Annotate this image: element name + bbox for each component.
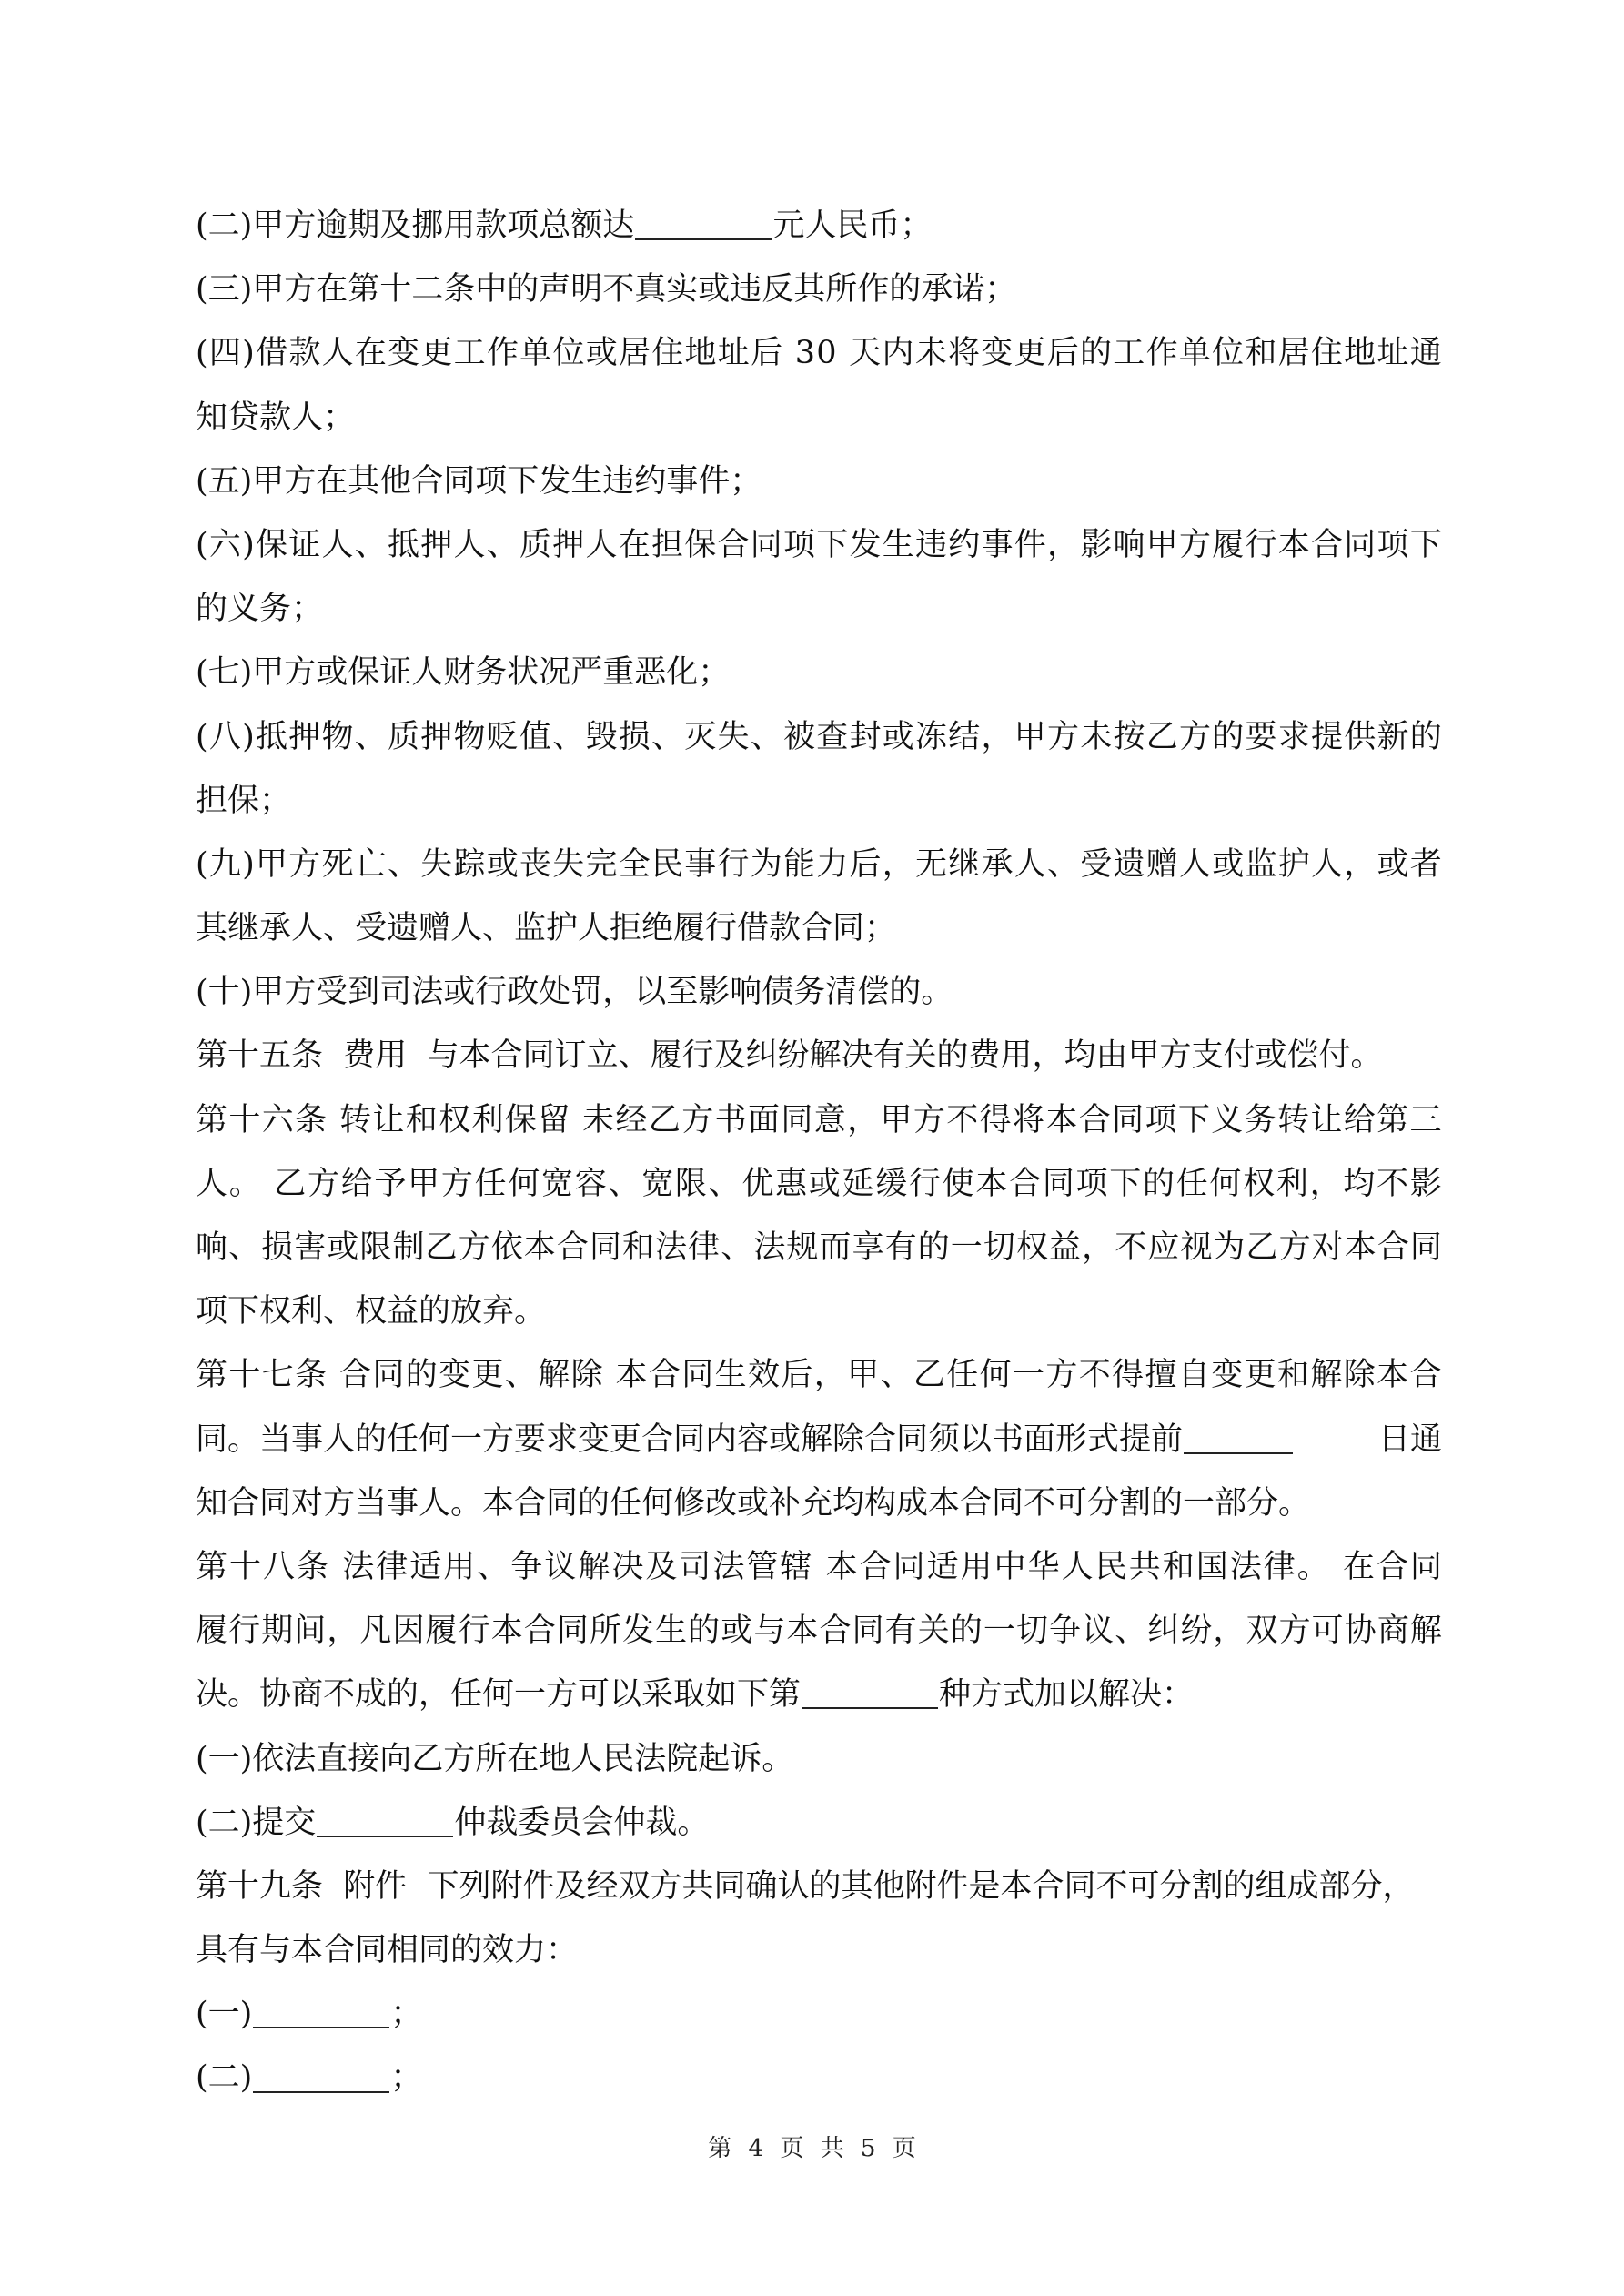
text-char: 十 [228, 1088, 260, 1152]
text-char: 或 [1212, 833, 1244, 896]
text-char: 履 [426, 1599, 458, 1663]
text-char: 予 [374, 1152, 406, 1216]
text-char: 本 [1377, 1343, 1408, 1407]
text-char: 发 [850, 513, 882, 577]
text-char: 除 [571, 1343, 603, 1407]
text-line: 第十九条 附件 下列附件及经双方共同确认的其他附件是本合同不可分割的组成部分， [196, 1855, 1442, 1918]
text-char: 为 [751, 833, 782, 896]
text-char: 方 [288, 833, 320, 896]
text-char [783, 321, 793, 385]
text-char: 损 [261, 1216, 293, 1279]
text-char: 将 [948, 321, 980, 385]
text-char: 法 [1230, 1535, 1262, 1599]
text-char: 合 [718, 513, 750, 577]
text-char: 影 [1080, 513, 1112, 577]
text-char: 方 [1047, 705, 1079, 769]
text-char: 后 [781, 1343, 812, 1407]
text-char: 和 [406, 1088, 438, 1152]
text-char: 方 [441, 1152, 473, 1216]
text-char: 提 [1311, 705, 1343, 769]
text-char: 能 [783, 833, 815, 896]
text-char: 用 [961, 1535, 993, 1599]
text-char: 合 [1079, 1088, 1111, 1152]
text-char: 双 [1246, 1599, 1278, 1663]
text-char: ， [327, 1599, 358, 1663]
text-char: 转 [1277, 1088, 1309, 1152]
text-char: 人 [1179, 833, 1211, 896]
text-char: 的 [951, 1599, 983, 1663]
text-char: 除 [1344, 1343, 1376, 1407]
page-footer: 第 4 页 共 5 页 [0, 2129, 1624, 2163]
text-segment: ； [390, 2046, 422, 2109]
text-char: 后 [850, 833, 882, 896]
text-char: 三 [1410, 1088, 1442, 1152]
text-line: 履行期间，凡因履行本合同所发生的或与本合同有关的一切争议、纠纷，双方可协商解 [196, 1599, 1442, 1663]
text-char: 解 [1310, 1343, 1342, 1407]
text-char: 质 [519, 513, 551, 577]
text-char: 条 [295, 1343, 327, 1407]
text-char: 利 [1276, 1152, 1308, 1216]
text-char: 合 [649, 1343, 681, 1407]
text-char: 得 [1112, 1343, 1144, 1407]
text-line: 担保； [196, 769, 1442, 833]
text-char: 合 [1410, 1343, 1442, 1407]
text-char: 值 [519, 705, 551, 769]
text-char: 十 [229, 1535, 261, 1599]
text-char: 乙 [274, 1152, 306, 1216]
text-char: ， [1047, 513, 1079, 577]
text-char: 力 [816, 833, 848, 896]
text-char: ， [814, 1343, 846, 1407]
text-segment: 第十五条 费用 与本合同订立、履行及纠纷解决有关的费用，均由甲方支付或偿付。 [196, 1024, 1383, 1087]
text-char: 方 [1179, 705, 1211, 769]
text-char: 同 [893, 1535, 925, 1599]
text-char: 将 [1013, 1088, 1044, 1152]
text-char: 因 [392, 1599, 424, 1663]
text-char: 七 [262, 1343, 294, 1407]
text-char: 条 [295, 1088, 327, 1152]
text-char: 项 [783, 513, 815, 577]
text-char: 宽 [541, 1152, 573, 1216]
text-char: ( [196, 321, 208, 385]
text-char: ( [196, 705, 208, 769]
text-char: 留 [538, 1088, 570, 1152]
text-char: 、 [505, 1343, 537, 1407]
text-char: 生 [655, 1599, 687, 1663]
text-char: 解 [1410, 1599, 1442, 1663]
text-char: 。 [229, 1152, 261, 1216]
text-char: 同 [1112, 1088, 1144, 1152]
text-char: 义 [1211, 1088, 1243, 1152]
text-line: (二)提交仲裁委员会仲裁。 [196, 1791, 1442, 1855]
text-char: 居 [1278, 321, 1310, 385]
text-char: 赠 [1146, 833, 1178, 896]
text-char: 和 [1277, 1343, 1309, 1407]
text-char: 方 [681, 1088, 713, 1152]
text-char: 可 [1312, 1599, 1344, 1663]
text-char: 押 [420, 513, 452, 577]
text-char: 地 [685, 321, 717, 385]
text-char: 第 [196, 1343, 227, 1407]
text-char: 同 [1410, 1535, 1442, 1599]
text-segment: (五)甲方在其他合同项下发生违约事件； [196, 450, 762, 513]
text-char: 被 [783, 705, 815, 769]
document-body: (二)甲方逾期及挪用款项总额达元人民币；(三)甲方在第十二条中的声明不真实或违反… [196, 194, 1442, 2110]
text-line: 其继承人、受遗赠人、监护人拒绝履行借款合同； [196, 896, 1442, 960]
text-char: 。 [1297, 1535, 1329, 1599]
text-line: (二)甲方逾期及挪用款项总额达元人民币； [196, 194, 1442, 258]
text-char: 同 [852, 1599, 884, 1663]
text-line: (五)甲方在其他合同项下发生违约事件； [196, 450, 1442, 513]
text-char: 、 [355, 705, 387, 769]
text-char: 抵 [388, 513, 419, 577]
text-char: 址 [718, 321, 750, 385]
text-char: 任 [1176, 1152, 1208, 1216]
text-char: 权 [1016, 1216, 1048, 1279]
text-char: 借 [256, 321, 287, 385]
text-segment: 具有与本合同相同的效力： [196, 1918, 578, 1982]
text-char: 容 [575, 1152, 607, 1216]
text-char [838, 321, 848, 385]
text-char: 权 [1243, 1152, 1275, 1216]
text-char: 下 [1178, 1088, 1210, 1152]
text-char: 生 [883, 513, 914, 577]
text-char: 适 [409, 1535, 441, 1599]
text-char: 同 [1043, 1152, 1074, 1216]
text-char: 工 [1113, 321, 1145, 385]
text-char: 监 [1246, 833, 1277, 896]
text-char: 供 [1344, 705, 1376, 769]
text-char: 何 [508, 1152, 540, 1216]
text-char: 亡 [355, 833, 387, 896]
text-char: 本 [524, 1216, 556, 1279]
text-segment: 的义务； [196, 577, 323, 641]
text-segment: 第十九条 附件 下列附件及经双方共同确认的其他附件是本合同不可分割的组成部分， [196, 1855, 1415, 1918]
text-char: 要 [1246, 705, 1277, 769]
text-char: 协 [1345, 1599, 1377, 1663]
text-char: 律 [1264, 1535, 1296, 1599]
text-char: 第 [196, 1535, 227, 1599]
text-line: (一)； [196, 1982, 1442, 2046]
text-char: 害 [294, 1216, 326, 1279]
fill-in-blank [253, 2064, 389, 2093]
text-line: (九)甲方死亡、失踪或丧失完全民事行为能力后，无继承人、受遗赠人或监护人，或者 [196, 833, 1442, 896]
fill-in-blank [253, 1999, 389, 2028]
text-char: 纷 [1180, 1599, 1212, 1663]
text-char: 人 [322, 321, 354, 385]
text-char: 限 [359, 1216, 391, 1279]
text-segment: 同。当事人的任何一方要求变更合同内容或解除合同须以书面形式提前 [196, 1408, 1183, 1472]
text-char: 位 [552, 321, 584, 385]
text-char: 甲 [256, 833, 287, 896]
text-char: 、 [608, 1152, 640, 1216]
text-char: 违 [915, 513, 947, 577]
text-char: 方 [308, 1152, 339, 1216]
text-char: 的 [918, 1216, 950, 1279]
text-char: 或 [586, 321, 618, 385]
fill-in-blank [802, 1680, 938, 1709]
text-segment: (二) [196, 2046, 252, 2109]
text-char: 踪 [454, 833, 486, 896]
text-char: 毁 [586, 705, 618, 769]
text-char: 乙 [1246, 1216, 1278, 1279]
text-char: 物 [322, 705, 354, 769]
text-char: 天 [849, 321, 881, 385]
text-line: 具有与本合同相同的效力： [196, 1918, 1442, 1982]
text-char [328, 1088, 338, 1152]
text-char: 人 [1014, 833, 1046, 896]
text-char: 、 [721, 1216, 752, 1279]
text-line: (四)借款人在变更工作单位或居住地址后 30 天内未将变更后的工作单位和居住地址… [196, 321, 1442, 385]
text-char: 本 [975, 1152, 1007, 1216]
text-char: 益 [1049, 1216, 1081, 1279]
text-char: 灭 [684, 705, 716, 769]
text-segment: (十)甲方受到司法或行政处罚，以至影响债务清偿的。 [196, 960, 953, 1024]
text-char: 下 [1109, 1152, 1141, 1216]
text-char: 本 [1345, 1216, 1377, 1279]
text-char: 、 [228, 1216, 260, 1279]
text-char: 经 [616, 1088, 648, 1152]
text-char: 和 [1245, 321, 1276, 385]
text-char: 乙 [913, 1343, 945, 1407]
text-segment: (二)提交 [196, 1791, 316, 1855]
fill-in-blank [635, 211, 772, 240]
text-char: 利 [472, 1088, 504, 1152]
text-char: 第 [1377, 1088, 1408, 1152]
text-char: 本 [1278, 513, 1310, 577]
text-char: 后 [751, 321, 782, 385]
text-segment: (一)依法直接向乙方所在地人民法院起诉。 [196, 1727, 793, 1791]
text-char: 自 [1178, 1343, 1210, 1407]
text-char: 法 [712, 1535, 744, 1599]
text-char: 通 [1410, 321, 1442, 385]
text-char: ， [847, 1088, 879, 1152]
text-char: 受 [1080, 833, 1112, 896]
text-segment: 种方式加以解决： [939, 1663, 1194, 1726]
text-char: 转 [339, 1088, 371, 1152]
text-line: 同。当事人的任何一方要求变更合同内容或解除合同须以书面形式提前日通 [196, 1408, 1442, 1472]
text-char: 或 [1377, 833, 1409, 896]
text-char: 物 [454, 705, 486, 769]
text-line: 响、损害或限制乙方依本合同和法律、法规而享有的一切权益，不应视为乙方对本合同 [196, 1216, 1442, 1279]
text-segment: (一) [196, 1982, 252, 2046]
text-char: 0 [816, 321, 836, 385]
text-char: 、 [355, 513, 387, 577]
text-char: 切 [1016, 1599, 1048, 1663]
text-char: 的 [1212, 705, 1244, 769]
text-char: 人 [1311, 833, 1343, 896]
text-char: 用 [443, 1535, 475, 1599]
text-char: 者 [1410, 833, 1442, 896]
text-char: 地 [1344, 321, 1376, 385]
text-line: (三)甲方在第十二条中的声明不真实或违反其所作的承诺； [196, 258, 1442, 321]
text-char: 结 [948, 705, 980, 769]
text-char: 事 [982, 513, 1014, 577]
text-char: 死 [322, 833, 354, 896]
text-char: 、 [709, 1152, 741, 1216]
text-char: 甲 [1014, 705, 1046, 769]
text-char: 本 [826, 1535, 858, 1599]
text-char: 履 [1212, 513, 1244, 577]
text-char: 同 [557, 1599, 589, 1663]
text-char: 方 [1279, 1216, 1311, 1279]
text-char: 延 [842, 1152, 874, 1216]
text-char: 单 [519, 321, 551, 385]
text-char: 下 [816, 513, 848, 577]
text-char: 发 [622, 1599, 654, 1663]
text-line: 决。协商不成的，任何一方可以采取如下第种方式加以解决： [196, 1663, 1442, 1726]
text-char: 任 [475, 1152, 507, 1216]
text-segment: ； [390, 1982, 422, 2046]
text-char: 担 [651, 513, 683, 577]
text-char: 、 [1047, 833, 1079, 896]
text-char: 全 [619, 833, 651, 896]
text-char: 下 [1410, 513, 1442, 577]
text-line: (六)保证人、抵押人、质押人在担保合同项下发生违约事件，影响甲方履行本合同项下 [196, 513, 1442, 577]
fill-in-blank [1184, 1425, 1293, 1454]
text-char: 人 [1062, 1535, 1094, 1599]
text-line: (二)； [196, 2046, 1442, 2109]
text-char: 议 [544, 1535, 576, 1599]
text-char: 民 [651, 833, 683, 896]
text-char: 遗 [1114, 833, 1145, 896]
text-char: 3 [795, 321, 815, 385]
text-char: 给 [1344, 1088, 1376, 1152]
text-char: ) [242, 321, 255, 385]
text-char: 八 [263, 1535, 295, 1599]
text-char: 承 [982, 833, 1014, 896]
text-char: 保 [684, 513, 716, 577]
text-char: 擅 [1145, 1343, 1177, 1407]
text-char: 变 [439, 1343, 470, 1407]
text-char: 法 [753, 1216, 785, 1279]
text-char: ， [883, 833, 914, 896]
text-char: 让 [372, 1088, 404, 1152]
text-char: 争 [510, 1535, 542, 1599]
text-segment: 其继承人、受遗赠人、监护人拒绝履行借款合同； [196, 896, 896, 960]
text-segment: 担保； [196, 769, 291, 833]
text-segment: 知合同对方当事人。本合同的任何修改或补充均构成本合同不可分割的一部分。 [196, 1472, 1310, 1535]
text-segment: 决。协商不成的，任何一方可以采取如下第 [196, 1663, 801, 1726]
text-char: 享 [852, 1216, 884, 1279]
text-line: 第十五条 费用 与本合同订立、履行及纠纷解决有关的费用，均由甲方支付或偿付。 [196, 1024, 1442, 1087]
text-char: 行 [1246, 513, 1277, 577]
text-char: 共 [1129, 1535, 1161, 1599]
text-char: 合 [1311, 513, 1343, 577]
text-char: 同 [751, 513, 782, 577]
text-char: 甲 [847, 1343, 879, 1407]
text-line: (八)抵押物、质押物贬值、毁损、灭失、被查封或冻结，甲方未按乙方的要求提供新的 [196, 705, 1442, 769]
text-char: 完 [586, 833, 618, 896]
text-char: 一 [951, 1216, 983, 1279]
text-char: 同 [1410, 1216, 1442, 1279]
text-char: 人 [586, 513, 618, 577]
text-char: 同 [781, 1088, 812, 1152]
text-char: 乙 [649, 1088, 681, 1152]
text-char: 优 [741, 1152, 773, 1216]
text-char: 行 [718, 833, 750, 896]
text-char: 凡 [359, 1599, 391, 1663]
text-char: 期 [261, 1599, 293, 1663]
text-line: 第十六条 转让和权利保留 未经乙方书面同意，甲方不得将本合同项下义务转让给第三 [196, 1088, 1442, 1152]
text-char: 方 [1279, 1599, 1311, 1663]
text-char: 方 [459, 1216, 490, 1279]
text-char: 款 [288, 321, 320, 385]
text-char: 第 [196, 1088, 227, 1152]
text-char: 在 [355, 321, 387, 385]
text-char: 使 [943, 1152, 974, 1216]
text-char: 抵 [256, 705, 287, 769]
text-char: 新 [1377, 705, 1409, 769]
text-char: 缓 [875, 1152, 907, 1216]
text-char: 履 [196, 1599, 227, 1663]
text-char: 应 [1147, 1216, 1179, 1279]
text-char: 议 [1082, 1599, 1114, 1663]
text-char: 、 [388, 833, 419, 896]
text-char: 务 [1245, 1088, 1276, 1152]
text-char: 更 [1245, 1343, 1276, 1407]
text-char: 一 [983, 1599, 1015, 1663]
text-char: 乙 [426, 1216, 458, 1279]
text-char: 工 [454, 321, 486, 385]
text-char: 事 [684, 833, 716, 896]
text-char: 方 [1045, 1343, 1077, 1407]
text-line: 人。 乙方给予甲方任何宽容、宽限、优惠或延缓行使本合同项下的任何权利，均不影 [196, 1152, 1442, 1216]
text-char: 响 [1114, 513, 1145, 577]
text-char: 位 [1212, 321, 1244, 385]
text-char: 合 [1377, 1216, 1409, 1279]
text-char: 本 [491, 1599, 523, 1663]
text-char: 四 [209, 321, 241, 385]
text-char: 的 [1143, 1152, 1175, 1216]
text-char: 更 [472, 1343, 504, 1407]
text-char: 作 [1146, 321, 1178, 385]
text-char: 同 [372, 1343, 404, 1407]
text-char: 、 [477, 1535, 509, 1599]
text-char: 六 [262, 1088, 294, 1152]
text-char: 及 [645, 1535, 677, 1599]
text-char: 未 [915, 321, 947, 385]
text-char: 项 [1076, 1152, 1108, 1216]
text-char: 解 [578, 1535, 610, 1599]
text-char: 方 [1179, 513, 1211, 577]
text-char: 失 [552, 833, 584, 896]
text-char: 响 [196, 1216, 227, 1279]
text-char: ) [242, 513, 255, 577]
text-char: 、 [881, 1343, 913, 1407]
text-char: 后 [1047, 321, 1079, 385]
text-char: ) [242, 705, 255, 769]
text-char: 的 [406, 1343, 438, 1407]
text-char: 合 [819, 1599, 851, 1663]
text-char: 合 [339, 1343, 371, 1407]
text-line: 项下权利、权益的放弃。 [196, 1279, 1442, 1343]
text-char: 约 [948, 513, 980, 577]
text-char: 住 [651, 321, 683, 385]
text-char: 辖 [780, 1535, 812, 1599]
text-char: 或 [883, 705, 914, 769]
text-char: 为 [1213, 1216, 1245, 1279]
text-char: 依 [491, 1216, 523, 1279]
text-char: 任 [946, 1343, 978, 1407]
text-char: 按 [1114, 705, 1145, 769]
text-char: 人 [322, 513, 354, 577]
text-char: 不 [1079, 1343, 1111, 1407]
text-char [571, 1088, 581, 1152]
text-char: 不 [946, 1088, 978, 1152]
text-char: 押 [552, 513, 584, 577]
text-char: ， [1082, 1216, 1114, 1279]
